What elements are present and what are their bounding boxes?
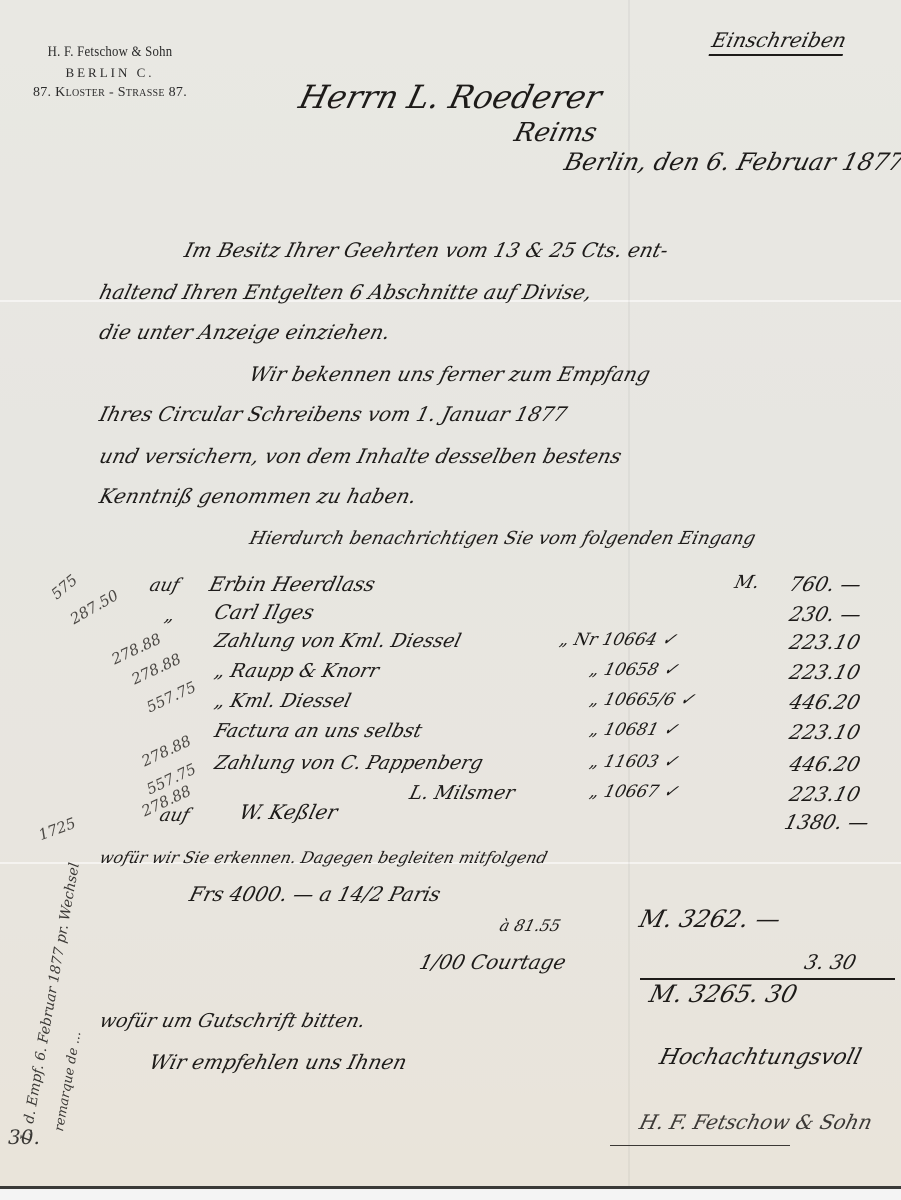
signature: H. F. Fetschow & Sohn	[637, 1110, 875, 1134]
currency-prefix: M.	[732, 572, 761, 593]
ledger-amount: 446.20	[787, 752, 863, 776]
ledger-amount: 223.10	[787, 782, 863, 806]
signature-flourish	[610, 1145, 790, 1146]
ledger-ref: „ 10681 ✓	[588, 720, 681, 740]
remittance-rate: à 81.55	[498, 916, 563, 935]
ledger-ref: „ 10665/6 ✓	[588, 690, 697, 710]
ledger-ref: „ 10658 ✓	[588, 660, 681, 680]
body-line: Im Besitz Ihrer Geehrten vom 13 & 25 Cts…	[182, 238, 671, 262]
margin-note-number: 30.	[8, 1125, 40, 1149]
body-line: Wir bekennen uns ferner zum Empfang	[247, 362, 653, 386]
margin-figure: 575	[48, 571, 82, 603]
ledger-name: Zahlung von Kml. Diessel	[212, 630, 463, 652]
ledger-ref: „ Nr 10664 ✓	[558, 630, 679, 650]
ledger-name: „ Raupp & Knorr	[212, 660, 381, 682]
ledger-name: Factura an uns selbst	[212, 720, 424, 742]
ledger-name: W. Keßler	[237, 800, 340, 824]
margin-note-vertical: remarque de ...	[52, 1030, 84, 1132]
closing-line: wofür um Gutschrift bitten.	[97, 1010, 367, 1032]
courtage-amount: 3. 30	[802, 950, 859, 974]
body-line: und versichern, von dem Inhalte desselbe…	[97, 444, 624, 468]
ledger-amount: 223.10	[787, 660, 863, 684]
ledger-name: Zahlung von C. Pappenberg	[212, 752, 485, 774]
body-line: wofür wir Sie erkennen. Dagegen begleite…	[98, 848, 550, 867]
body-line: Kenntniß genommen zu haben.	[97, 484, 419, 508]
ledger-name: Erbin Heerdlass	[207, 572, 378, 596]
closing-line: Wir empfehlen uns Ihnen	[147, 1050, 409, 1074]
ledger-ref: „ 10667 ✓	[588, 782, 681, 802]
ledger-amount: 446.20	[787, 690, 863, 714]
recipient-name: Herrn L. Roederer	[295, 78, 606, 116]
remittance-amount: M. 3262. —	[637, 905, 784, 933]
ledger-amount: 223.10	[787, 720, 863, 744]
ledger-prefix: auf	[147, 575, 181, 596]
body-line: Hierdurch benachrichtigen Sie vom folgen…	[247, 528, 757, 549]
margin-figure: 287.50	[67, 586, 121, 628]
registered-annotation: Einschreiben	[709, 28, 850, 56]
ledger-amount: 230. —	[787, 602, 864, 626]
remittance-line: Frs 4000. — a 14/2 Paris	[187, 882, 443, 906]
courtage-line: 1/00 Courtage	[417, 950, 569, 974]
letterhead: H. F. Fetschow & Sohn BERLIN C. 87. Klos…	[0, 44, 220, 101]
letterhead-firm: H. F. Fetschow & Sohn	[17, 44, 204, 61]
body-line: Ihres Circular Schreibens vom 1. Januar …	[97, 402, 570, 426]
letter-page: H. F. Fetschow & Sohn BERLIN C. 87. Klos…	[0, 0, 901, 1189]
remittance-total: M. 3265. 30	[647, 980, 801, 1008]
ledger-name: „ Kml. Diessel	[212, 690, 353, 712]
margin-note-vertical: L. d. Empf. 6. Februar 1877 pr. Wechsel	[18, 862, 83, 1143]
ledger-prefix: auf	[157, 805, 191, 826]
ledger-amount: 1380. —	[782, 810, 872, 834]
letterhead-city: BERLIN C.	[0, 65, 220, 81]
ledger-amount: 223.10	[787, 630, 863, 654]
margin-figure: 1725	[36, 814, 78, 844]
ledger-ref: „ 11603 ✓	[588, 752, 681, 772]
body-line: die unter Anzeige einziehen.	[97, 320, 393, 344]
paper-fold	[628, 0, 630, 1186]
complimentary-close: Hochachtungsvoll	[657, 1045, 864, 1070]
ledger-name: L. Milsmer	[407, 782, 517, 804]
dateline: Berlin, den 6. Februar 1877	[562, 148, 901, 176]
ledger-name: Carl Ilges	[212, 600, 317, 624]
letterhead-address: 87. Kloster - Strasse 87.	[0, 85, 220, 101]
ledger-prefix: „	[162, 605, 177, 626]
body-line: haltend Ihren Entgelten 6 Abschnitte auf…	[97, 280, 595, 304]
margin-figure: 557.75	[144, 678, 199, 717]
recipient-city: Reims	[511, 118, 600, 148]
ledger-amount: 760. —	[787, 572, 864, 596]
